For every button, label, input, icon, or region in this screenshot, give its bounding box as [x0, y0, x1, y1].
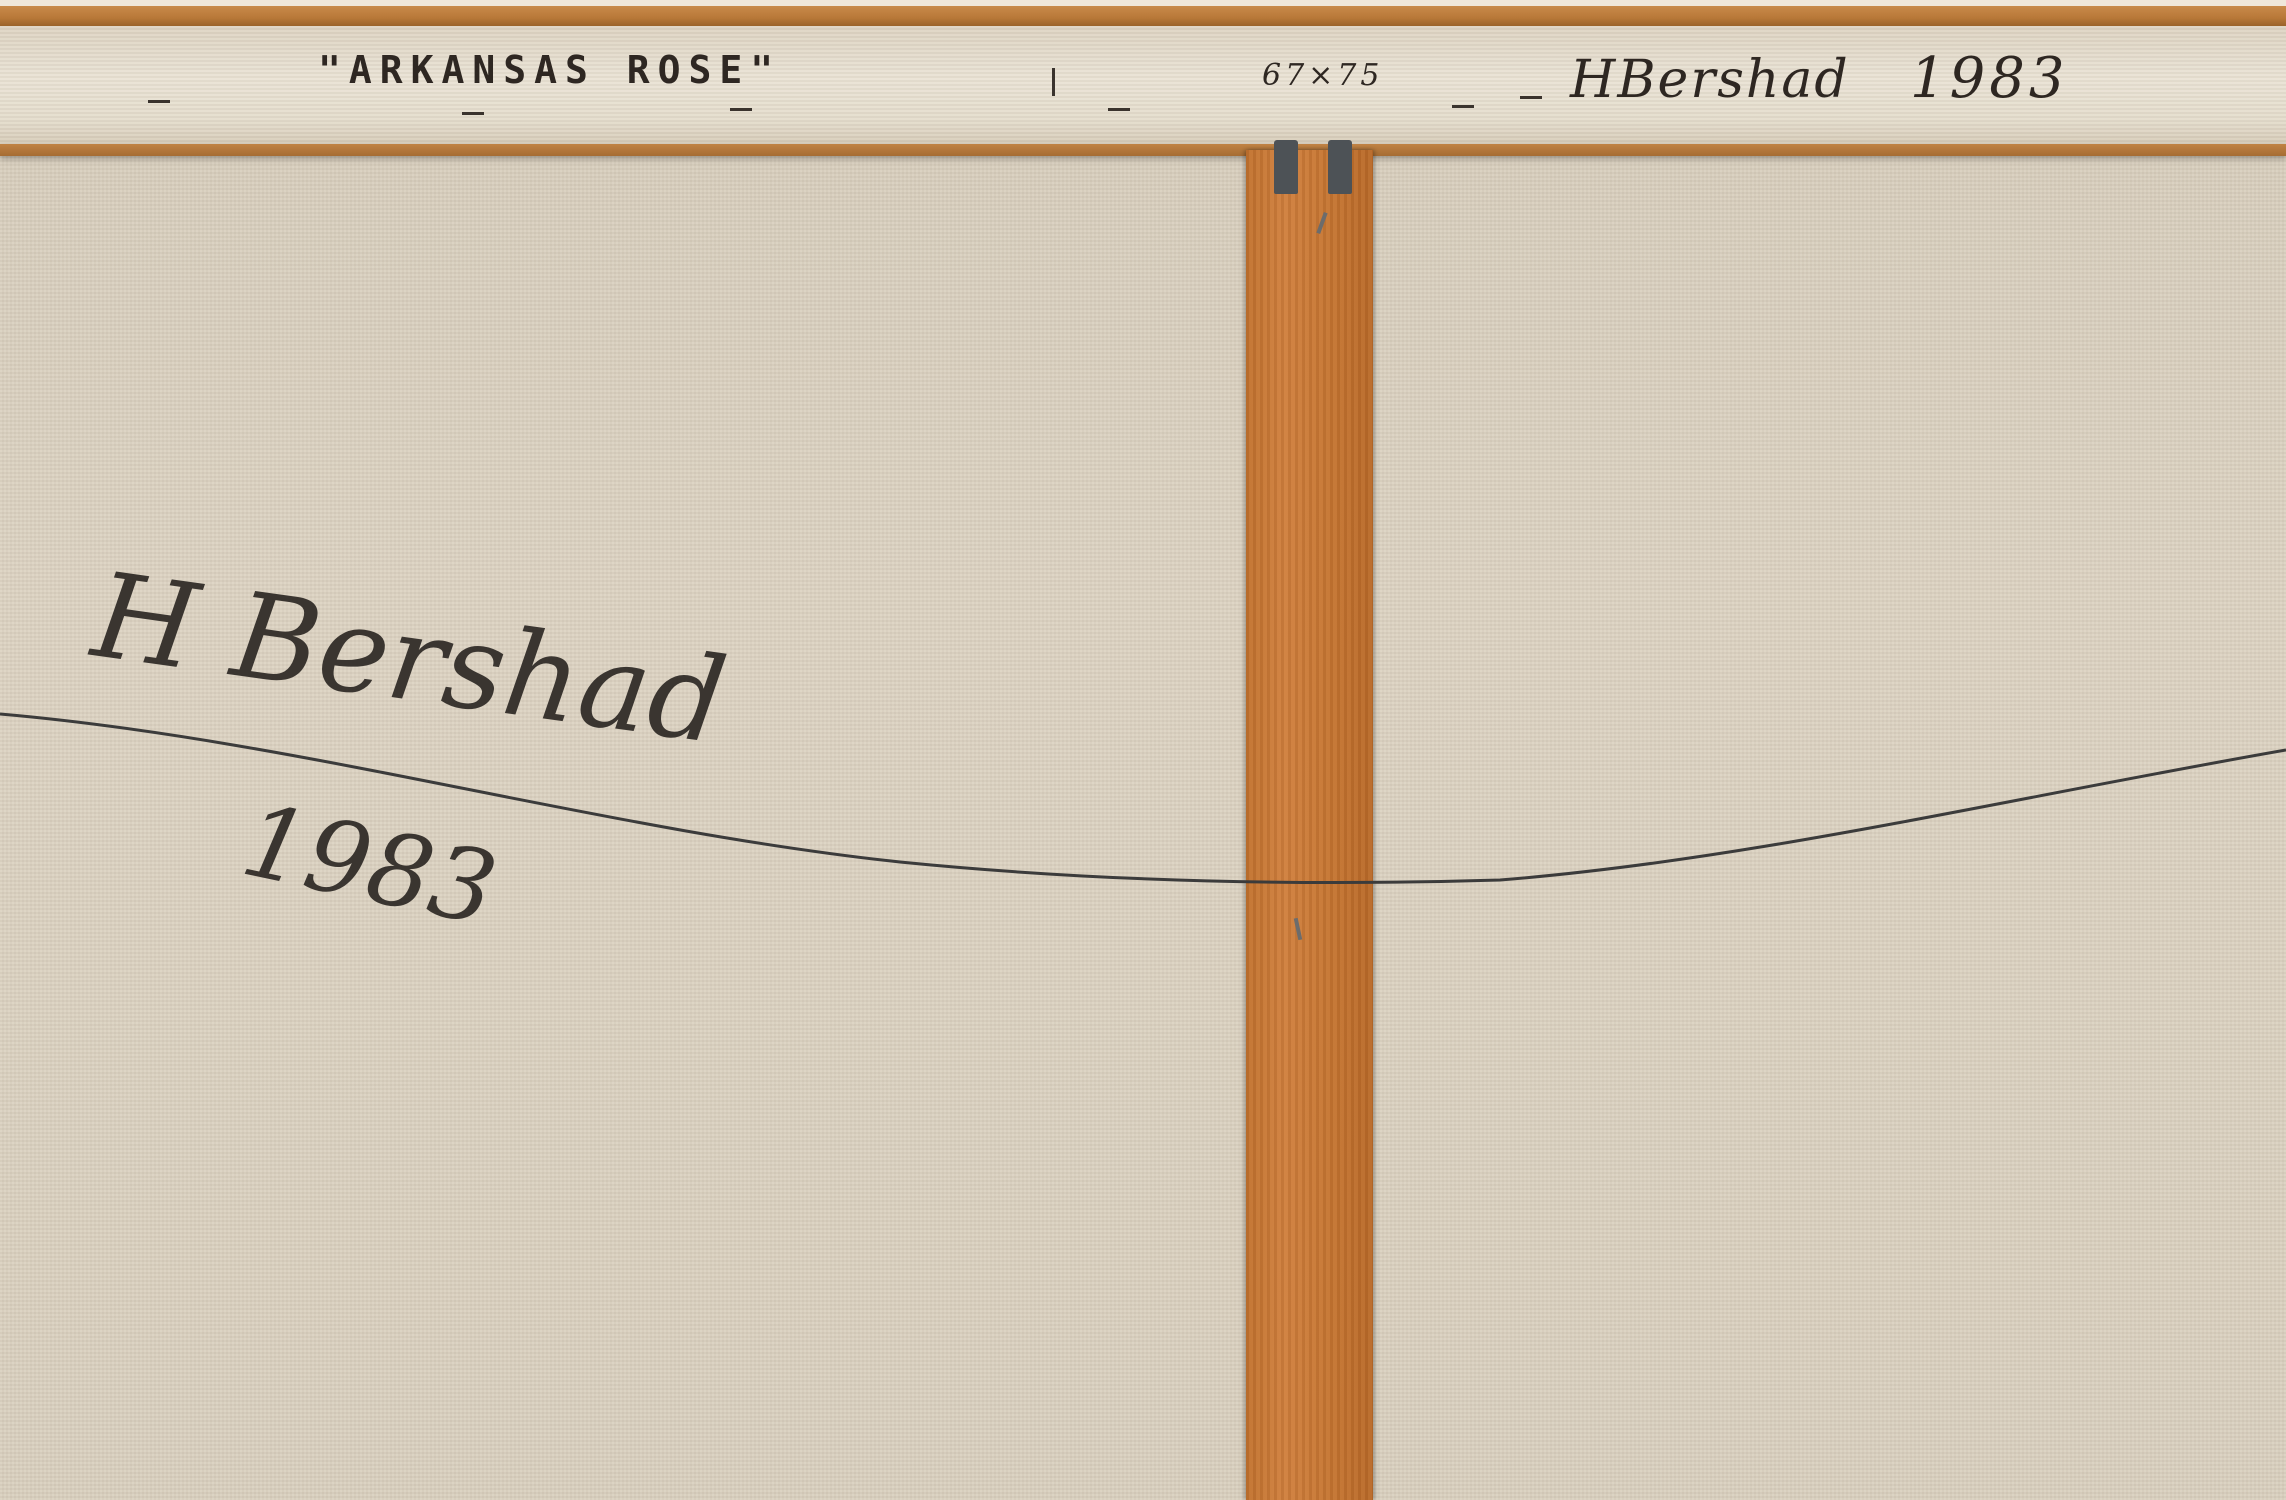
hanging-wire — [0, 0, 2286, 1500]
